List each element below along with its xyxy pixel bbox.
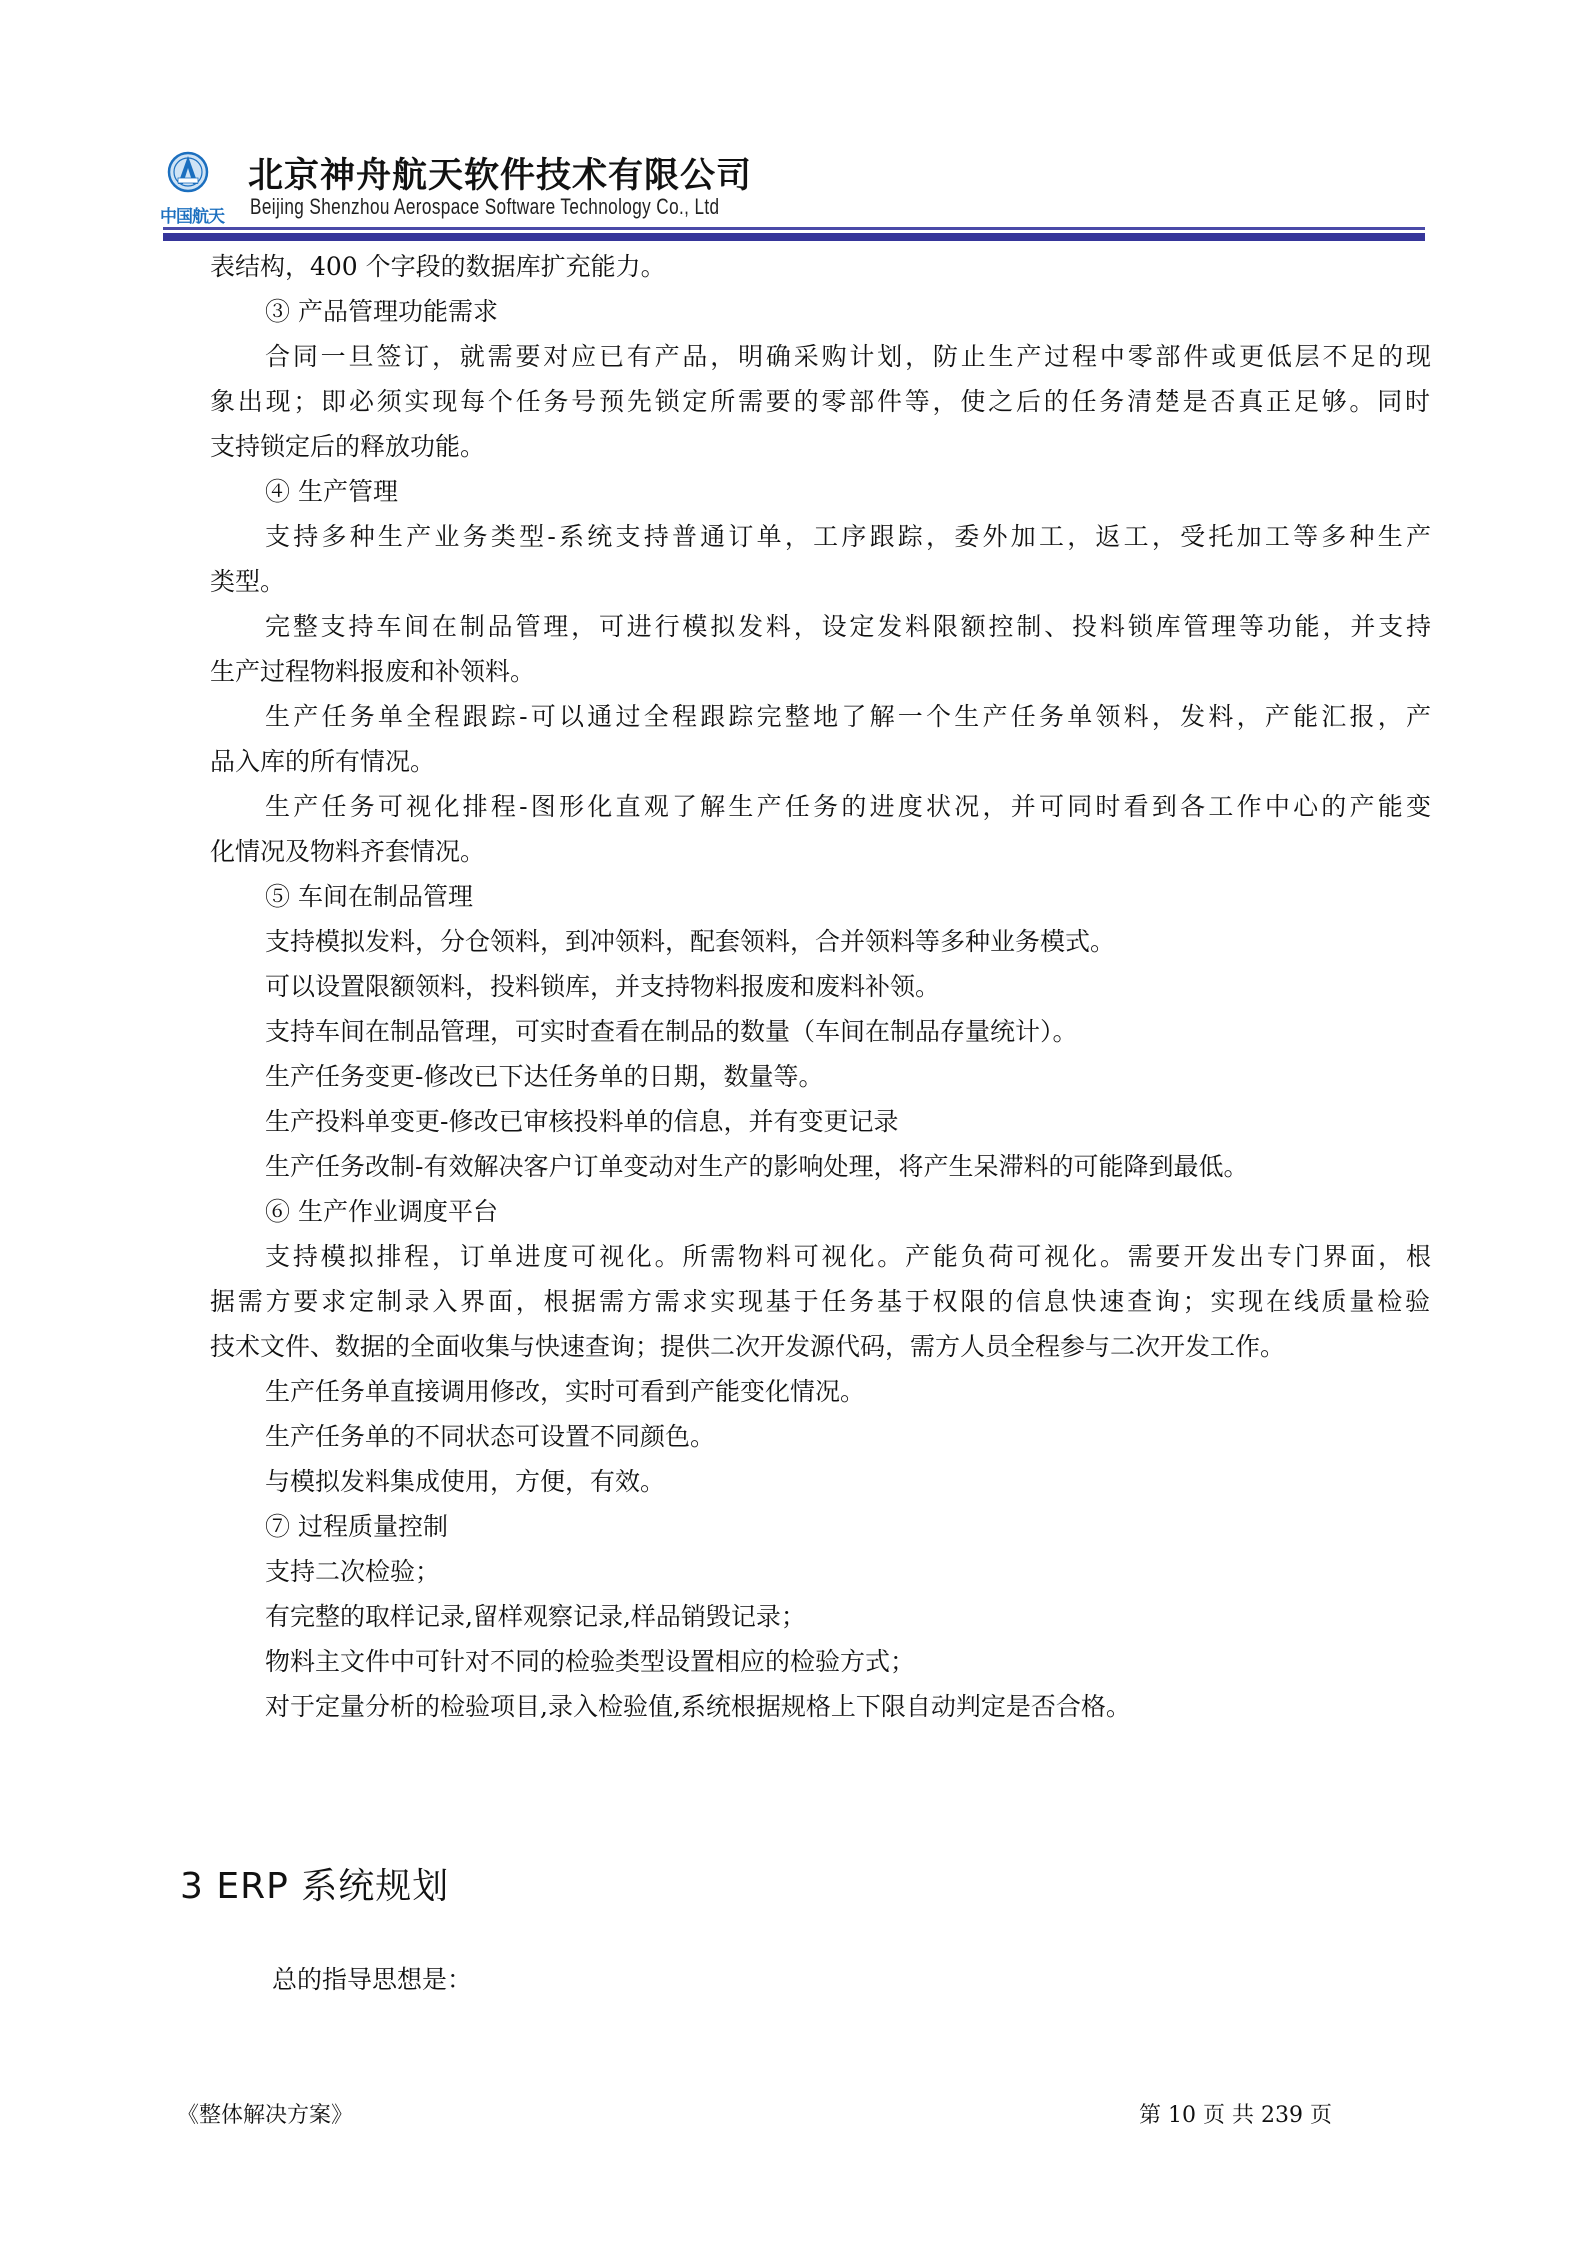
company-name-cn: 北京神舟航天软件技术有限公司 [248, 148, 752, 198]
paragraph-line: 支持车间在制品管理，可实时查看在制品的数量（车间在制品存量统计）。 [265, 1017, 1078, 1047]
paragraph-line: 物料主文件中可针对不同的检验类型设置相应的检验方式； [265, 1647, 915, 1677]
paragraph-line: 象出现；即必须实现每个任务号预先锁定所需要的零部件等，使之后的任务清楚是否真正足… [210, 387, 1430, 417]
company-name-en: Beijing Shenzhou Aerospace Software Tech… [250, 194, 719, 220]
section-heading: 3 ERP 系统规划 [180, 1858, 449, 1909]
paragraph-line: 生产过程物料报废和补领料。 [210, 657, 535, 687]
paragraph-line: 支持二次检验； [265, 1557, 440, 1587]
page-header: 中国航天 北京神舟航天软件技术有限公司 Beijing Shenzhou Aer… [160, 140, 1430, 240]
paragraph-line: 生产任务单直接调用修改，实时可看到产能变化情况。 [265, 1377, 865, 1407]
paragraph-line: 生产任务单全程跟踪-可以通过全程跟踪完整地了解一个生产任务单领料，发料，产能汇报… [265, 702, 1431, 732]
paragraph-line: 对于定量分析的检验项目,录入检验值,系统根据规格上下限自动判定是否合格。 [265, 1692, 1131, 1722]
subheading-production-management: ④ 生产管理 [265, 477, 398, 507]
paragraph-line: 生产投料单变更-修改已审核投料单的信息，并有变更记录 [265, 1107, 898, 1137]
paragraph-line: 支持模拟排程，订单进度可视化。所需物料可视化。产能负荷可视化。需要开发出专门界面… [265, 1242, 1431, 1272]
header-rule-thin [163, 227, 1425, 230]
paragraph-line: 生产任务单的不同状态可设置不同颜色。 [265, 1422, 715, 1452]
document-page: 中国航天 北京神舟航天软件技术有限公司 Beijing Shenzhou Aer… [0, 0, 1587, 2245]
paragraph-line: 类型。 [210, 567, 285, 597]
paragraph-line: 技术文件、数据的全面收集与快速查询；提供二次开发源代码，需方人员全程参与二次开发… [210, 1332, 1285, 1362]
paragraph-line: 完整支持车间在制品管理，可进行模拟发料，设定发料限额控制、投料锁库管理等功能，并… [265, 612, 1431, 642]
paragraph-line: 据需方要求定制录入界面，根据需方需求实现基于任务基于权限的信息快速查询；实现在线… [210, 1287, 1430, 1317]
paragraph-line: 可以设置限额领料，投料锁库，并支持物料报废和废料补领。 [265, 972, 940, 1002]
paragraph-line: 支持多种生产业务类型-系统支持普通订单，工序跟踪，委外加工，返工，受托加工等多种… [265, 522, 1431, 552]
subheading-scheduling-platform: ⑥ 生产作业调度平台 [265, 1197, 498, 1227]
paragraph-line: 化情况及物料齐套情况。 [210, 837, 485, 867]
logo-caption: 中国航天 [160, 202, 224, 227]
paragraph-line: 生产任务可视化排程-图形化直观了解生产任务的进度状况，并可同时看到各工作中心的产… [265, 792, 1431, 822]
paragraph-line: 生产任务变更-修改已下达任务单的日期，数量等。 [265, 1062, 823, 1092]
paragraph-line: 表结构，400 个字段的数据库扩充能力。 [210, 252, 666, 282]
paragraph-line: 合同一旦签订，就需要对应已有产品，明确采购计划，防止生产过程中零部件或更低层不足… [265, 342, 1431, 372]
footer-doc-title: 《整体解决方案》 [177, 2098, 353, 2129]
subheading-wip-management: ⑤ 车间在制品管理 [265, 882, 473, 912]
paragraph-line: 支持锁定后的释放功能。 [210, 432, 485, 462]
paragraph-line: 生产任务改制-有效解决客户订单变动对生产的影响处理，将产生呆滞料的可能降到最低。 [265, 1152, 1248, 1182]
footer-page-number: 第 10 页 共 239 页 [1139, 2098, 1332, 2129]
paragraph-line: 有完整的取样记录,留样观察记录,样品销毁记录； [265, 1602, 806, 1632]
subheading-product-management: ③ 产品管理功能需求 [265, 297, 498, 327]
subheading-quality-control: ⑦ 过程质量控制 [265, 1512, 448, 1542]
casc-logo-icon [166, 148, 210, 200]
paragraph-line: 品入库的所有情况。 [210, 747, 435, 777]
paragraph-line: 支持模拟发料，分仓领料，到冲领料，配套领料，合并领料等多种业务模式。 [265, 927, 1115, 957]
paragraph-line: 与模拟发料集成使用，方便，有效。 [265, 1467, 665, 1497]
section-lead-text: 总的指导思想是： [272, 1960, 472, 1996]
header-rule-thick [163, 233, 1425, 241]
